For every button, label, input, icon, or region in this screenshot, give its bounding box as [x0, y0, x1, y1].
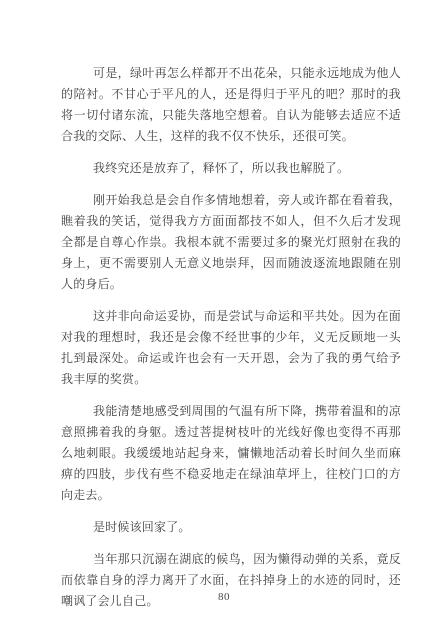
paragraph: 可是，绿叶再怎么样都开不出花朵，只能永远地成为他人的陪衬。不甘心于平凡的人，还是… — [61, 63, 401, 147]
document-page: 可是，绿叶再怎么样都开不出花朵，只能永远地成为他人的陪衬。不甘心于平凡的人，还是… — [0, 0, 448, 640]
paragraph: 刚开始我总是会自作多情地想着，旁人或许都在看着我，瞧着我的笑话，觉得我方方面面都… — [61, 190, 401, 295]
paragraph: 我能清楚地感受到周围的气温有所下降，携带着温和的凉意照拂着我的身躯。透过菩提树枝… — [61, 401, 401, 506]
paragraph: 是时候该回家了。 — [61, 517, 401, 538]
page-number: 80 — [0, 590, 448, 604]
paragraph: 这并非向命运妥协，而是尝试与命运和平共处。因为在面对我的理想时，我还是会像不经世… — [61, 306, 401, 390]
paragraph: 我终究还是放弃了，释怀了，所以我也解脱了。 — [61, 158, 401, 179]
text-body: 可是，绿叶再怎么样都开不出花朵，只能永远地成为他人的陪衬。不甘心于平凡的人，还是… — [61, 63, 401, 623]
